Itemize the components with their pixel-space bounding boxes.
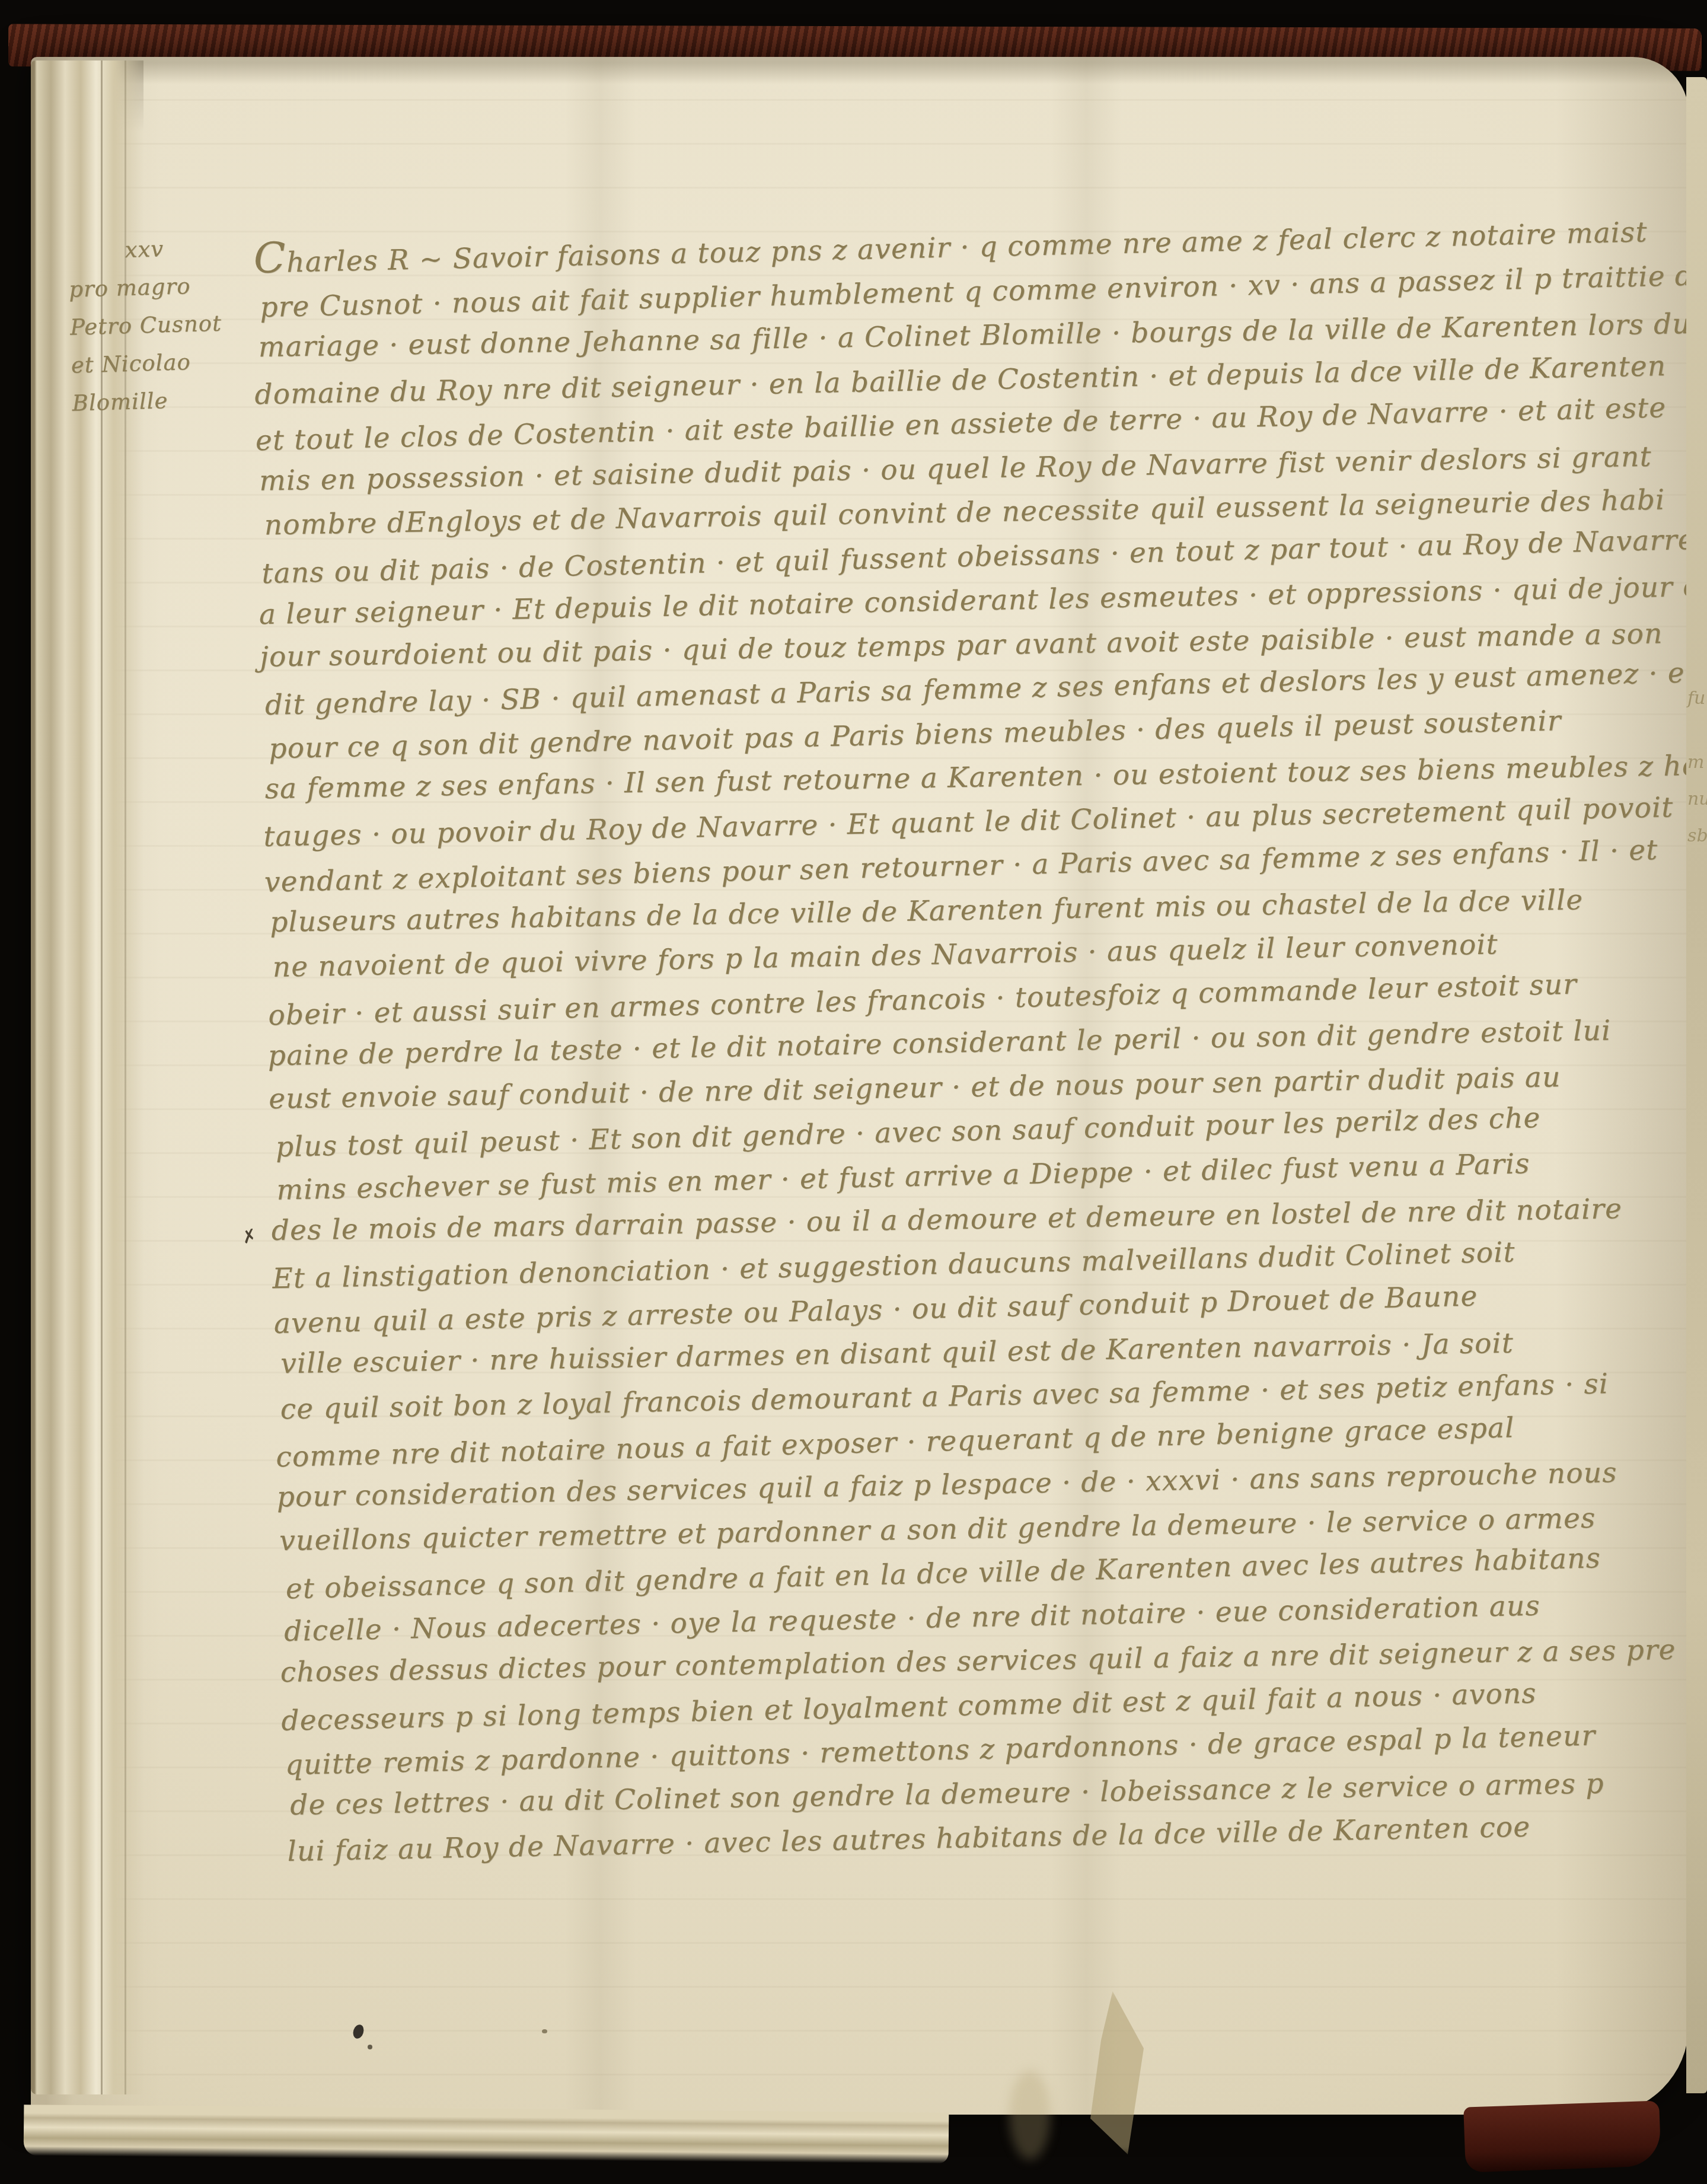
ink-blot	[352, 2023, 366, 2040]
bottom-page-edges	[24, 2105, 949, 2164]
margin-note-line: xxv	[68, 227, 264, 270]
margin-note-line: pro magro	[68, 265, 265, 308]
ink-blot-small	[368, 2045, 372, 2049]
manuscript-photo: xxvpro magroPetro Cusnotet NicolaoBlomil…	[0, 0, 1707, 2184]
facing-page-ink-fragment: fu	[1687, 688, 1705, 709]
parchment-page: xxvpro magroPetro Cusnotet NicolaoBlomil…	[31, 57, 1689, 2115]
next-folio-edge: fum honulz Csbui	[1686, 77, 1707, 2093]
facing-page-ink-fragment: sbui	[1687, 825, 1707, 846]
facing-page-ink-fragment: nulz C	[1687, 789, 1707, 809]
speck	[542, 2029, 547, 2033]
margin-note-line: Blomille	[72, 379, 269, 422]
text-block: Charles R ~ Savoir faisons a touz pns z …	[251, 206, 1707, 1874]
facing-page-ink-fragment: m ho	[1687, 752, 1707, 773]
margin-note-line: et Nicolao	[71, 341, 267, 384]
margin-note: xxvpro magroPetro Cusnotet NicolaoBlomil…	[68, 227, 269, 422]
stain-smear	[1009, 2071, 1051, 2160]
binding-leather-bottom	[1463, 2100, 1661, 2172]
margin-cross-mark: ✗	[240, 1225, 259, 1248]
margin-note-line: Petro Cusnot	[69, 303, 266, 346]
